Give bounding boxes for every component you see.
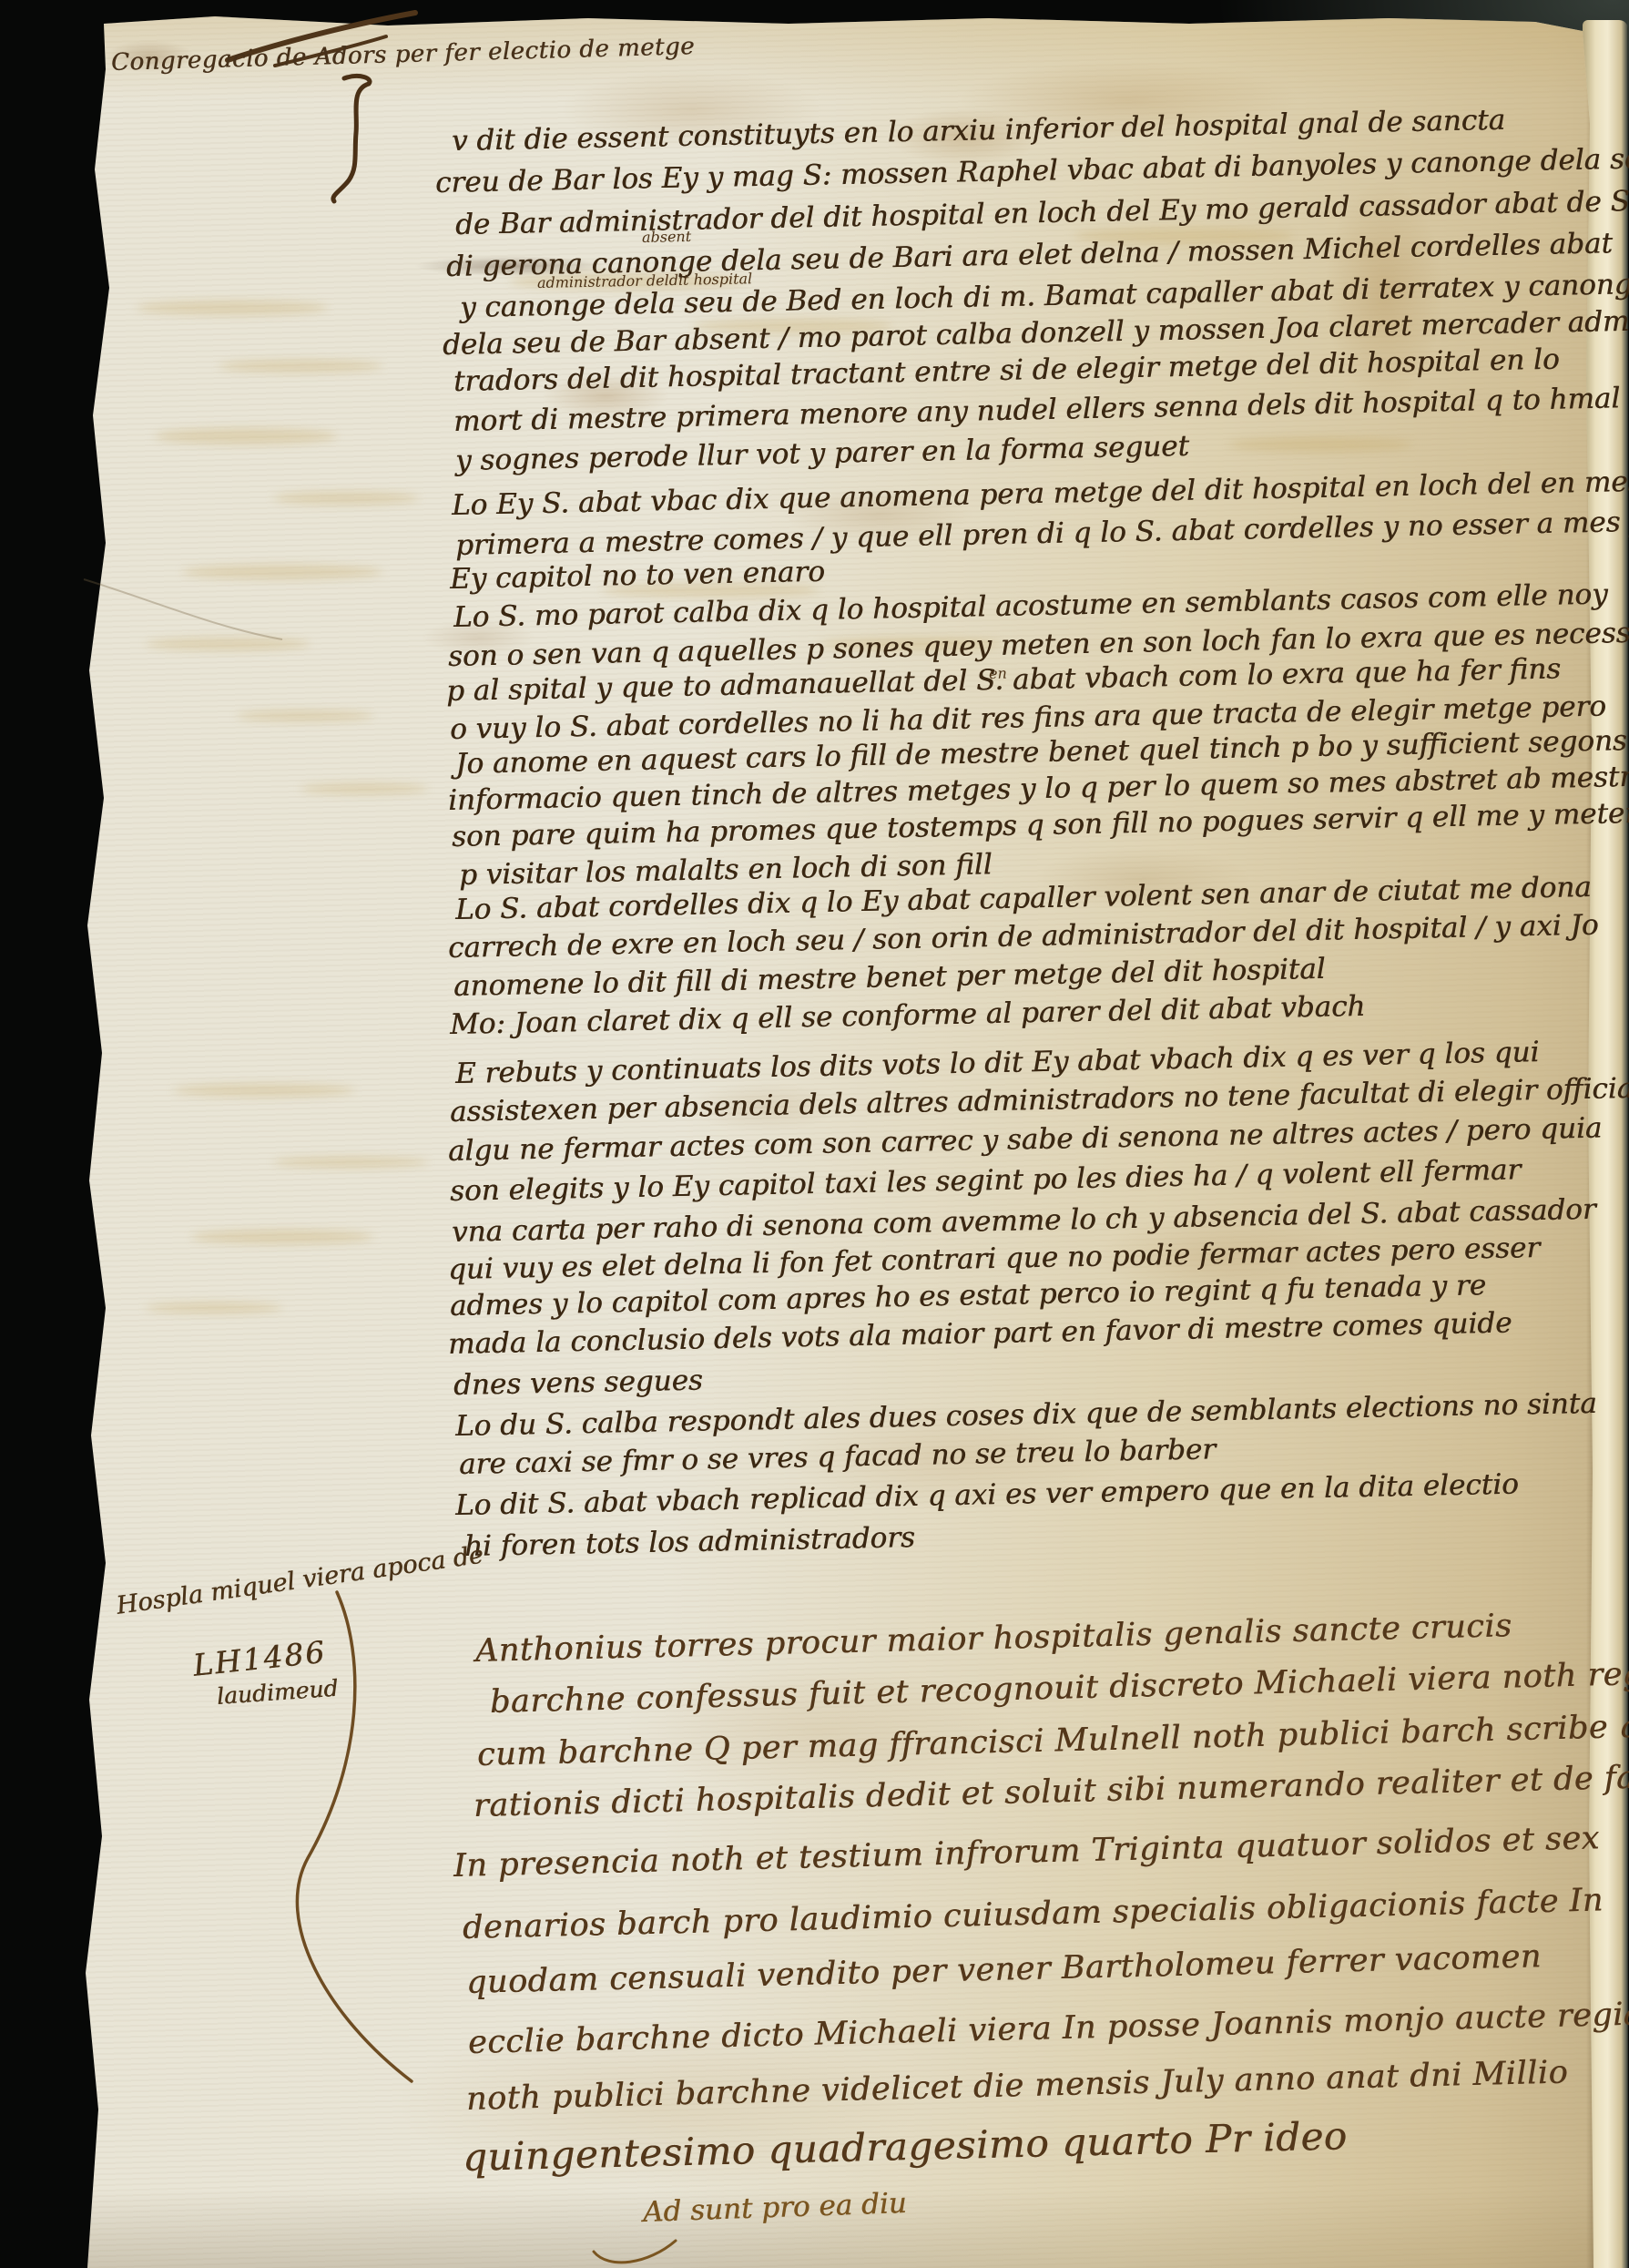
interlinear-note: en: [989, 667, 1007, 681]
manuscript-line: Ey capitol no to ven enaro: [450, 558, 825, 594]
manuscript-line: dnes vens segues: [453, 1367, 703, 1400]
interlinear-note: absent: [642, 230, 692, 245]
interlinear-note: administrador deldit hospital: [537, 271, 753, 291]
manuscript-scan: Congregacio de Adors per fer electio de …: [0, 0, 1629, 2268]
